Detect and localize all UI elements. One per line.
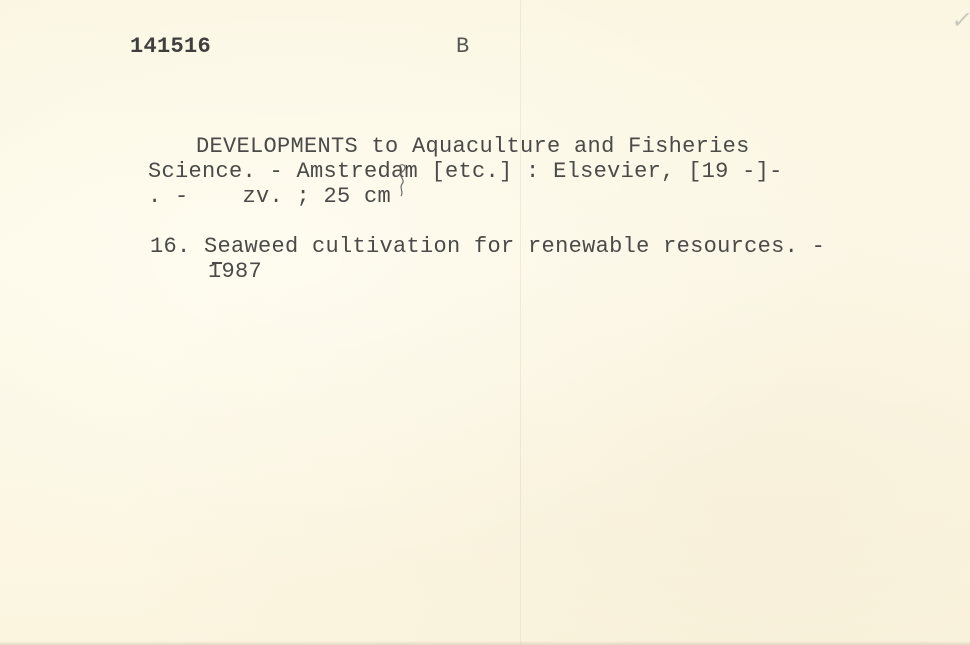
pencil-check-icon: ✓ [950, 6, 970, 34]
catalog-card: 141516 B ✓ DEVELOPMENTS to Aquaculture a… [0, 0, 970, 645]
card-crease [520, 0, 521, 645]
physical-description-line: . - zv. ; 25 cm [148, 184, 391, 210]
title-line-2: Science. - Amstredam [etc.] : Elsevier, … [148, 159, 783, 185]
volume-entry-line-1: 16. Seaweed cultivation for renewable re… [150, 234, 825, 260]
card-bottom-edge [0, 641, 970, 645]
accession-number: 141516 [130, 34, 211, 60]
typed-underline-mark [212, 262, 222, 264]
shelf-mark: B [456, 34, 470, 60]
title-line-1: DEVELOPMENTS to Aquaculture and Fisherie… [196, 134, 750, 160]
